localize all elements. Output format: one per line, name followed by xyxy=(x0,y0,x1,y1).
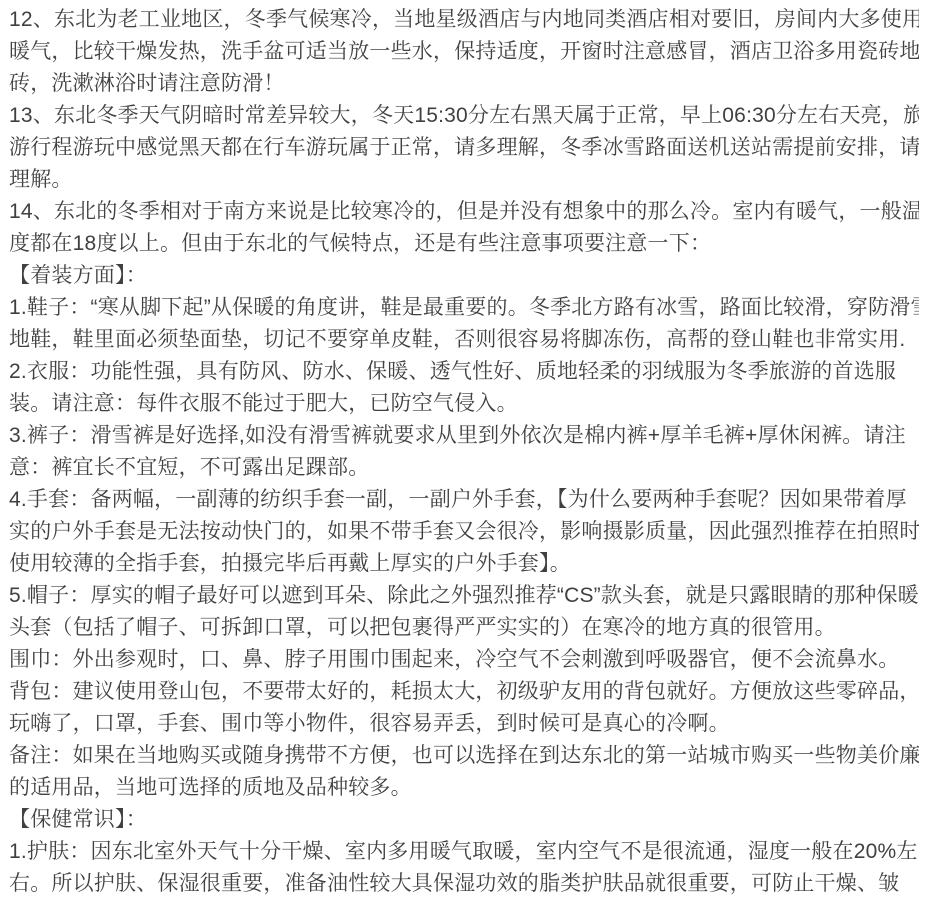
text-line: 1.护肤：因东北室外天气十分干燥、室内多用暖气取暖，室内空气不是很流通，湿度一般… xyxy=(9,836,919,868)
text-line: 14、东北的冬季相对于南方来说是比较寒冷的，但是并没有想象中的那么冷。室内有暖气… xyxy=(9,196,919,228)
text-line: 暖气，比较干燥发热，洗手盆可适当放一些水，保持适度，开窗时注意感冒，酒店卫浴多用… xyxy=(9,36,919,68)
text-line: 12、东北为老工业地区，冬季气候寒冷，当地星级酒店与内地同类酒店相对要旧，房间内… xyxy=(9,4,919,36)
text-line: 度都在18度以上。但由于东北的气候特点，还是有些注意事项要注意一下： xyxy=(9,228,919,260)
text-line: 3.裤子：滑雪裤是好选择,如没有滑雪裤就要求从里到外依次是棉内裤+厚羊毛裤+厚休… xyxy=(9,420,919,452)
text-line: 地鞋，鞋里面必须垫面垫，切记不要穿单皮鞋，否则很容易将脚冻伤，高帮的登山鞋也非常… xyxy=(9,324,919,356)
text-line: 13、东北冬季天气阴暗时常差异较大，冬天15:30分左右黑天属于正常，早上06:… xyxy=(9,100,919,132)
text-line: 的适用品，当地可选择的质地及品种较多。 xyxy=(9,772,919,804)
text-line: 头套（包括了帽子、可拆卸口罩，可以把包裹得严严实实的）在寒冷的地方真的很管用。 xyxy=(9,612,919,644)
text-line: 右。所以护肤、保湿很重要，准备油性较大具保湿功效的脂类护肤品就很重要，可防止干燥… xyxy=(9,868,919,900)
text-line: 备注：如果在当地购买或随身携带不方便，也可以选择在到达东北的第一站城市购买一些物… xyxy=(9,740,919,772)
text-line: 玩嗨了，口罩，手套、围巾等小物件，很容易弄丢，到时候可是真心的冷啊。 xyxy=(9,708,919,740)
section-heading-health: 【保健常识】： xyxy=(9,804,919,836)
text-line: 5.帽子：厚实的帽子最好可以遮到耳朵、除此之外强烈推荐“CS”款头套，就是只露眼… xyxy=(9,580,919,612)
text-line: 理解。 xyxy=(9,164,919,196)
text-line: 意：裤宜长不宜短，不可露出足踝部。 xyxy=(9,452,919,484)
document-page: 12、东北为老工业地区，冬季气候寒冷，当地星级酒店与内地同类酒店相对要旧，房间内… xyxy=(0,0,925,900)
text-line: 装。请注意：每件衣服不能过于肥大，已防空气侵入。 xyxy=(9,388,919,420)
text-line: 2.衣服：功能性强，具有防风、防水、保暖、透气性好、质地轻柔的羽绒服为冬季旅游的… xyxy=(9,356,919,388)
text-line: 4.手套：备两幅，一副薄的纺织手套一副，一副户外手套，【为什么要两种手套呢？因如… xyxy=(9,484,919,516)
text-line: 使用较薄的全指手套，拍摄完毕后再戴上厚实的户外手套】。 xyxy=(9,548,919,580)
text-line: 实的户外手套是无法按动快门的，如果不带手套又会很冷，影响摄影质量，因此强烈推荐在… xyxy=(9,516,919,548)
text-line: 砖，洗漱淋浴时请注意防滑！ xyxy=(9,68,919,100)
text-line: 围巾：外出参观时，口、鼻、脖子用围巾围起来，冷空气不会刺激到呼吸器官，便不会流鼻… xyxy=(9,644,919,676)
text-line: 1.鞋子：“寒从脚下起”从保暖的角度讲，鞋是最重要的。冬季北方路有冰雪，路面比较… xyxy=(9,292,919,324)
text-line: 游行程游玩中感觉黑天都在行车游玩属于正常，请多理解，冬季冰雪路面送机送站需提前安… xyxy=(9,132,919,164)
section-heading-clothing: 【着装方面】： xyxy=(9,260,919,292)
text-line: 背包：建议使用登山包，不要带太好的，耗损太大，初级驴友用的背包就好。方便放这些零… xyxy=(9,676,919,708)
